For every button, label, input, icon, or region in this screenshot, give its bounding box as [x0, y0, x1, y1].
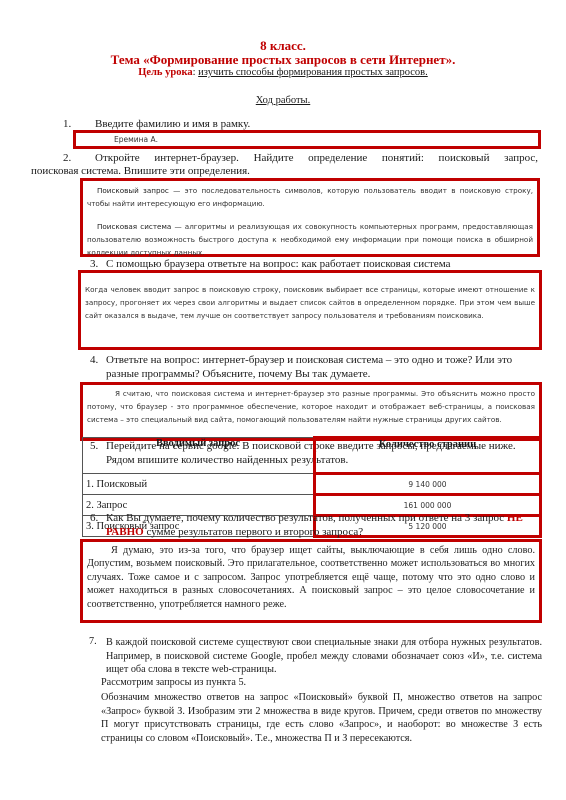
goal-text: изучить способы формирования простых зап… — [198, 67, 428, 78]
name-answer: Еремина А. — [114, 135, 158, 144]
definition-search-query: Поисковый запрос — это последовательност… — [87, 184, 533, 210]
task-7-text: В каждой поисковой системе существуют св… — [106, 636, 542, 677]
header-count: Количество страниц — [315, 438, 541, 474]
task-1-num: 1. — [63, 118, 71, 132]
browser-vs-engine-answer-box[interactable]: Я считаю, что поисковая система и интерн… — [80, 382, 542, 441]
count-cell[interactable]: 9 140 000 — [315, 474, 541, 495]
task-2-text-line1: Откройте интернет-браузер. Найдите опред… — [95, 152, 538, 166]
how-search-works-answer: Когда человек вводит запрос в поисковую … — [85, 283, 535, 322]
header-query: Вводимый запрос — [83, 438, 315, 474]
task-6-text-a: Как Вы думаете, почему количество резуль… — [106, 512, 504, 524]
term-search-engine: Поисковая система — [97, 222, 171, 231]
task-7-p1: Рассмотрим запросы из пункта 5. — [101, 677, 246, 688]
term-search-query: Поисковый запрос — [97, 186, 169, 195]
query-cell: 1. Поисковый — [83, 474, 315, 495]
definitions-answer-box[interactable]: Поисковый запрос — это последовательност… — [80, 178, 540, 257]
count-reason-answer: Я думаю, это из-за того, что браузер ище… — [87, 544, 535, 611]
table-row: 1. Поисковый 9 140 000 — [83, 474, 541, 495]
work-title: Ход работы. — [0, 95, 566, 106]
task-7-num: 7. — [89, 636, 97, 647]
definition-search-engine: Поисковая система — алгоритмы и реализую… — [87, 220, 533, 259]
task-4-num: 4. — [90, 354, 98, 368]
task-2-text-line2: поисковая система. Впишите эти определен… — [31, 165, 250, 179]
task-7-p2: Обозначим множество ответов на запрос «П… — [101, 691, 542, 745]
table-header-row: Вводимый запрос Количество страниц — [83, 438, 541, 474]
goal-label: Цель урока — [138, 67, 192, 78]
name-answer-box[interactable]: Еремина А. — [73, 130, 541, 149]
lesson-goal: Цель урока: изучить способы формирования… — [0, 67, 566, 78]
task-4-text: Ответьте на вопрос: интернет-браузер и п… — [106, 354, 540, 381]
topic-title: Тема «Формирование простых запросов в се… — [0, 52, 566, 68]
browser-vs-engine-answer: Я считаю, что поисковая система и интерн… — [87, 387, 535, 426]
task-6-text: Как Вы думаете, почему количество резуль… — [106, 512, 542, 539]
task-6-num: 6. — [90, 512, 98, 526]
how-search-works-answer-box[interactable]: Когда человек вводит запрос в поисковую … — [78, 270, 542, 350]
task-6-text-b: сумме результатов первого и второго запр… — [144, 526, 363, 538]
task-2-num: 2. — [63, 152, 71, 166]
count-reason-answer-box[interactable]: Я думаю, это из-за того, что браузер ище… — [80, 539, 542, 623]
